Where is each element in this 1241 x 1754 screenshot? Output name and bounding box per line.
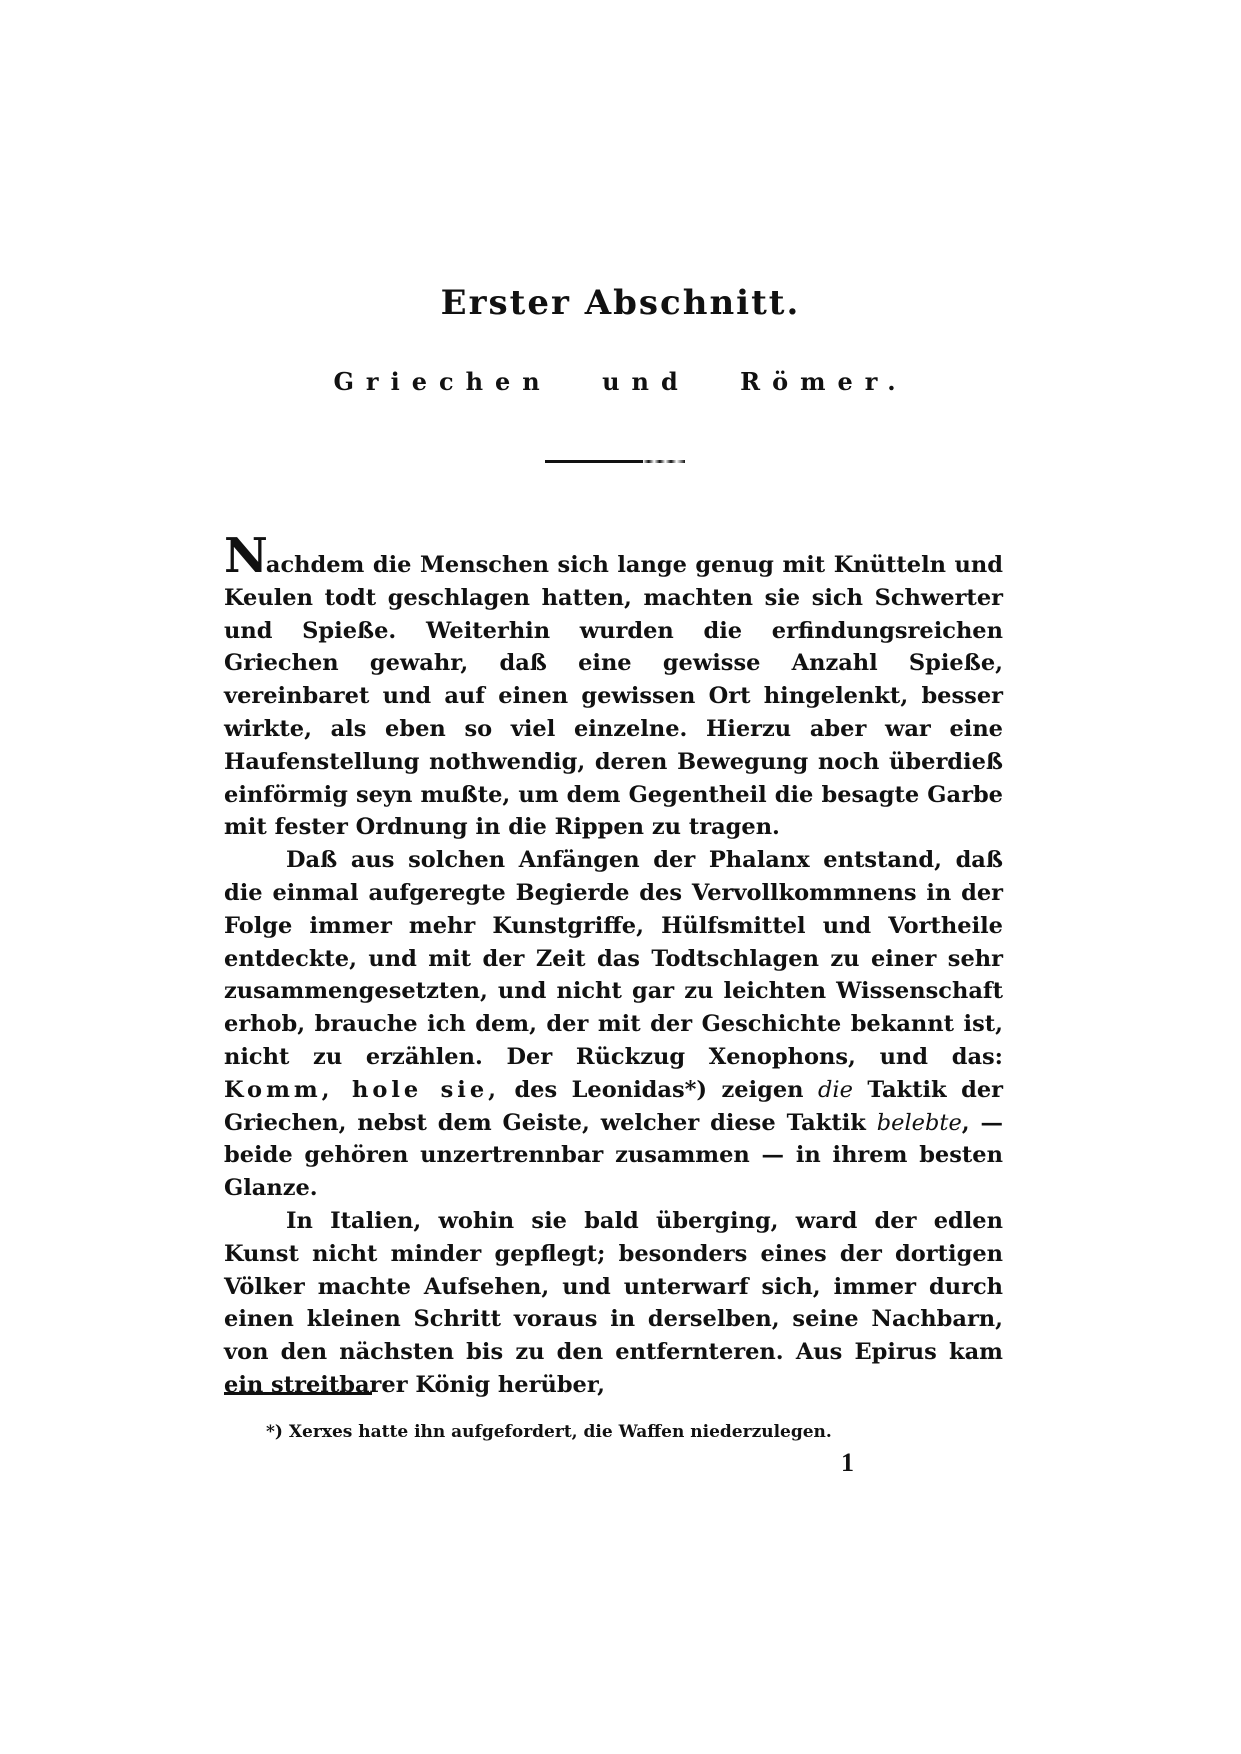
chapter-title: Erster Abschnitt. — [0, 283, 1241, 323]
ornamental-divider — [545, 460, 685, 463]
paragraph-3: In Italien, wohin sie bald überging, war… — [224, 1205, 1003, 1402]
paragraph-1-text: achdem die Menschen sich lange genug mit… — [224, 552, 1003, 840]
paragraph-2: Daß aus solchen Anfängen der Phalanx ent… — [224, 844, 1003, 1205]
paragraph-3-text: In Italien, wohin sie bald überging, war… — [224, 1208, 1003, 1398]
paragraph-2-text: Daß aus solchen Anfängen der Phalanx ent… — [224, 847, 1003, 1070]
italic-emphasis: die — [818, 1077, 853, 1103]
drop-cap: N — [224, 528, 266, 584]
paragraph-1: Nachdem die Menschen sich lange genug mi… — [224, 540, 1003, 844]
footnote: *) Xerxes hatte ihn aufgefordert, die Wa… — [266, 1422, 832, 1442]
italic-emphasis: belebte — [877, 1110, 962, 1136]
chapter-subtitle: Griechen und Römer. — [0, 367, 1241, 396]
spaced-emphasis: Komm, hole sie, — [224, 1077, 500, 1103]
footnote-divider — [224, 1392, 372, 1395]
body-text: Nachdem die Menschen sich lange genug mi… — [224, 540, 1003, 1402]
paragraph-2-text-cont: des Leonidas*) zeigen — [500, 1077, 818, 1103]
page-number: 1 — [841, 1448, 854, 1478]
book-page: Erster Abschnitt. Griechen und Römer. Na… — [0, 0, 1241, 1754]
